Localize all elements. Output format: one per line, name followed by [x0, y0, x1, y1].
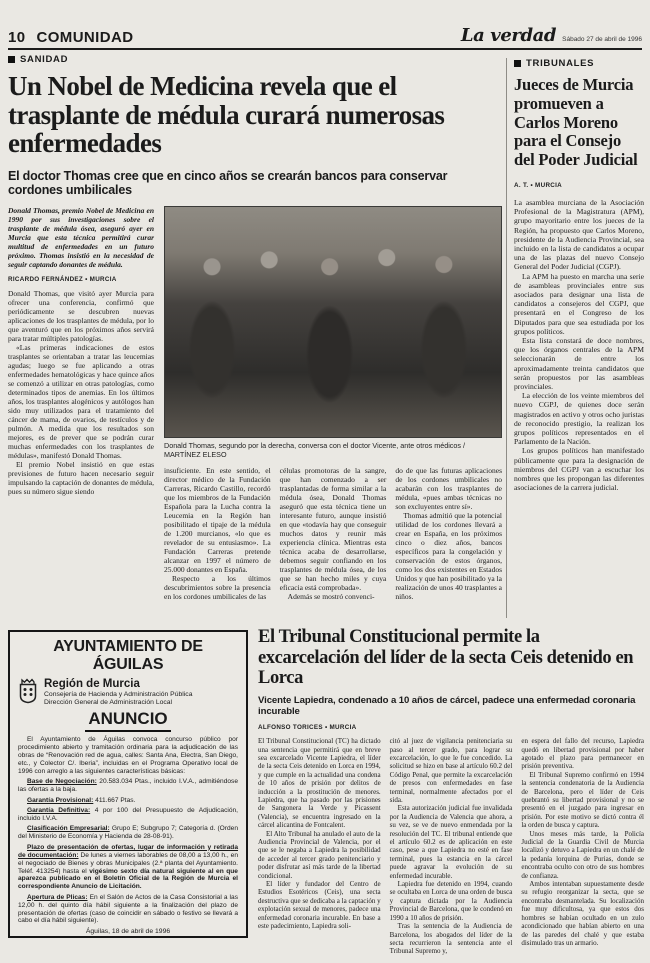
- article-paragraph: El líder y fundador del Centro de Estudi…: [258, 880, 381, 930]
- bottom-headline: El Tribunal Constitucional permite la ex…: [258, 627, 644, 689]
- article-paragraph: do de que las futuras aplicaciones de lo…: [395, 466, 502, 511]
- kicker-label: SANIDAD: [20, 54, 68, 65]
- bottom-byline: ALFONSO TORICES • MURCIA: [258, 724, 644, 731]
- article-paragraph: células promotoras de la sangre, que han…: [280, 466, 387, 592]
- article-paragraph: Esta autorización judicial fue invalidad…: [390, 804, 513, 880]
- ad-place-date: Águilas, 18 de abril de 1996: [18, 928, 238, 935]
- bottom-column-3: en espera del fallo del recurso, Lapiedr…: [521, 737, 644, 956]
- bottom-subhead: Vicente Lapiedra, condenado a 10 años de…: [258, 695, 644, 717]
- tribunales-body: La asamblea murciana de la Asociación Pr…: [514, 198, 644, 493]
- bottom-columns: El Tribunal Constitucional (TC) ha dicta…: [258, 737, 644, 956]
- kicker-square-icon: [514, 60, 521, 67]
- bottom-article: El Tribunal Constitucional permite la ex…: [258, 627, 644, 960]
- kicker-square-icon: [8, 56, 15, 63]
- section-title: COMUNIDAD: [37, 29, 134, 46]
- page-header-left: 10 COMUNIDAD: [8, 29, 133, 46]
- newspaper-masthead: La verdad: [461, 25, 556, 46]
- newspaper-page: 10 COMUNIDAD La verdad Sábado 27 de abri…: [0, 0, 650, 963]
- page-number: 10: [8, 29, 26, 46]
- ad-notice-title: ANUNCIO: [85, 709, 170, 732]
- article-paragraph: Esta lista constará de doce nombres, que…: [514, 336, 644, 391]
- article-paragraph: Respecto a los últimos descubrimientos s…: [164, 574, 271, 601]
- main-subhead: El doctor Thomas cree que en cinco años …: [8, 169, 502, 197]
- main-column-2: insuficiente. En este sentido, el direct…: [164, 466, 271, 601]
- page-header: 10 COMUNIDAD La verdad Sábado 27 de abri…: [8, 14, 642, 50]
- article-paragraph: La asamblea murciana de la Asociación Pr…: [514, 198, 644, 272]
- ad-item-label: Base de Negociación:: [27, 778, 97, 785]
- ad-item: Garantía Provisional: 411.667 Ptas.: [18, 797, 238, 805]
- article-paragraph: Donald Thomas, que visitó ayer Murcia pa…: [8, 289, 154, 343]
- article-paragraph: La APM ha puesto en marcha una serie de …: [514, 272, 644, 336]
- article-paragraph: insuficiente. En este sentido, el direct…: [164, 466, 271, 574]
- kicker-label: TRIBUNALES: [526, 58, 594, 69]
- main-article-body: Donald Thomas, premio Nobel de Medicina …: [8, 206, 502, 601]
- ad-dept-line: Consejería de Hacienda y Administración …: [44, 691, 192, 699]
- ad-dept-line: Dirección General de Administración Loca…: [44, 699, 192, 707]
- ad-item-label: Garantía Provisional:: [27, 797, 93, 804]
- bottom-column-1: El Tribunal Constitucional (TC) ha dicta…: [258, 737, 381, 956]
- page-date: Sábado 27 de abril de 1996: [562, 36, 642, 43]
- ad-region-name: Región de Murcia: [44, 678, 192, 690]
- column-divider-rule: [506, 58, 507, 618]
- bottom-column-2: citó al juez de vigilancia penitenciaria…: [390, 737, 513, 956]
- article-paragraph: El Tribunal Constitucional (TC) ha dicta…: [258, 737, 381, 829]
- tribunales-kicker: TRIBUNALES: [514, 58, 644, 69]
- main-article: SANIDAD Un Nobel de Medicina revela que …: [8, 54, 502, 626]
- article-photo: [164, 206, 502, 438]
- ayuntamiento-ad: AYUNTAMIENTO DE ÁGUILAS Región de Murcia…: [8, 630, 248, 938]
- ad-intro: El Ayuntamiento de Águilas convoca concu…: [18, 736, 238, 776]
- article-paragraph: Los grupos políticos han manifestado púb…: [514, 446, 644, 492]
- ad-item: Clasificación Empresarial: Grupo E; Subg…: [18, 825, 238, 841]
- ad-item-label: Clasificación Empresarial:: [27, 825, 110, 832]
- page-header-right: La verdad Sábado 27 de abril de 1996: [461, 25, 642, 46]
- main-column-4: do de que las futuras aplicaciones de lo…: [395, 466, 502, 601]
- tribunales-article: TRIBUNALES Jueces de Murcia promueven a …: [514, 58, 644, 624]
- ad-item-text: 411.667 Ptas.: [95, 797, 135, 804]
- tribunales-headline: Jueces de Murcia promueven a Carlos More…: [514, 76, 644, 170]
- ad-item: Base de Negociación: 20.583.034 Ptas., i…: [18, 778, 238, 794]
- article-paragraph: El premio Nobel insistió en que estas pr…: [8, 460, 154, 496]
- ad-item-label: Apertura de Plicas:: [27, 894, 88, 901]
- lead-paragraph: Donald Thomas, premio Nobel de Medicina …: [8, 206, 154, 269]
- article-paragraph: en espera del fallo del recurso, Lapiedr…: [521, 737, 644, 771]
- article-paragraph: Ambos intentaban supuestamente desde su …: [521, 880, 644, 947]
- main-article-kicker: SANIDAD: [8, 54, 502, 65]
- photo-caption: Donald Thomas, segundo por la derecha, c…: [164, 441, 502, 459]
- ad-item: Garantía Definitiva: 4 por 100 del Presu…: [18, 807, 238, 823]
- main-headline: Un Nobel de Medicina revela que el trasp…: [8, 72, 502, 158]
- article-paragraph: Tras la sentencia de la Audiencia de Bar…: [390, 922, 513, 956]
- article-paragraph: La elección de los veinte miembros del n…: [514, 391, 644, 446]
- ad-title: AYUNTAMIENTO DE ÁGUILAS: [18, 638, 238, 674]
- article-paragraph: El Alto Tribunal ha anulado el auto de l…: [258, 830, 381, 880]
- article-paragraph: «Las primeras indicaciones de estos tras…: [8, 343, 154, 460]
- main-byline: RICARDO FERNÁNDEZ • MURCIA: [8, 276, 154, 283]
- main-column-3: células promotoras de la sangre, que han…: [280, 466, 387, 601]
- main-photo-area: Donald Thomas, segundo por la derecha, c…: [164, 206, 502, 601]
- article-paragraph: Además se mostró convenci-: [280, 592, 387, 601]
- ad-item-label: Garantía Definitiva:: [27, 807, 90, 814]
- main-column-1: Donald Thomas, premio Nobel de Medicina …: [8, 206, 154, 601]
- article-paragraph: Lapiedra fue detenido en 1994, cuando se…: [390, 880, 513, 922]
- article-paragraph: Thomas admitió que la potencial utilidad…: [395, 511, 502, 601]
- tribunales-byline: A. T. • MURCIA: [514, 182, 644, 189]
- ad-org-block: Región de Murcia Consejería de Hacienda …: [18, 678, 238, 707]
- article-paragraph: El Tribunal Supremo confirmó en 1994 la …: [521, 771, 644, 830]
- main-lower-columns: insuficiente. En este sentido, el direct…: [164, 466, 502, 601]
- ad-item: Plazo de presentación de ofertas, lugar …: [18, 844, 238, 891]
- ad-org-text: Región de Murcia Consejería de Hacienda …: [44, 678, 192, 707]
- article-paragraph: Unos meses más tarde, la Policía Judicia…: [521, 830, 644, 880]
- ad-item: Apertura de Plicas: En el Salón de Actos…: [18, 894, 238, 926]
- article-paragraph: citó al juez de vigilancia penitenciaria…: [390, 737, 513, 804]
- region-murcia-crest-icon: [18, 678, 38, 704]
